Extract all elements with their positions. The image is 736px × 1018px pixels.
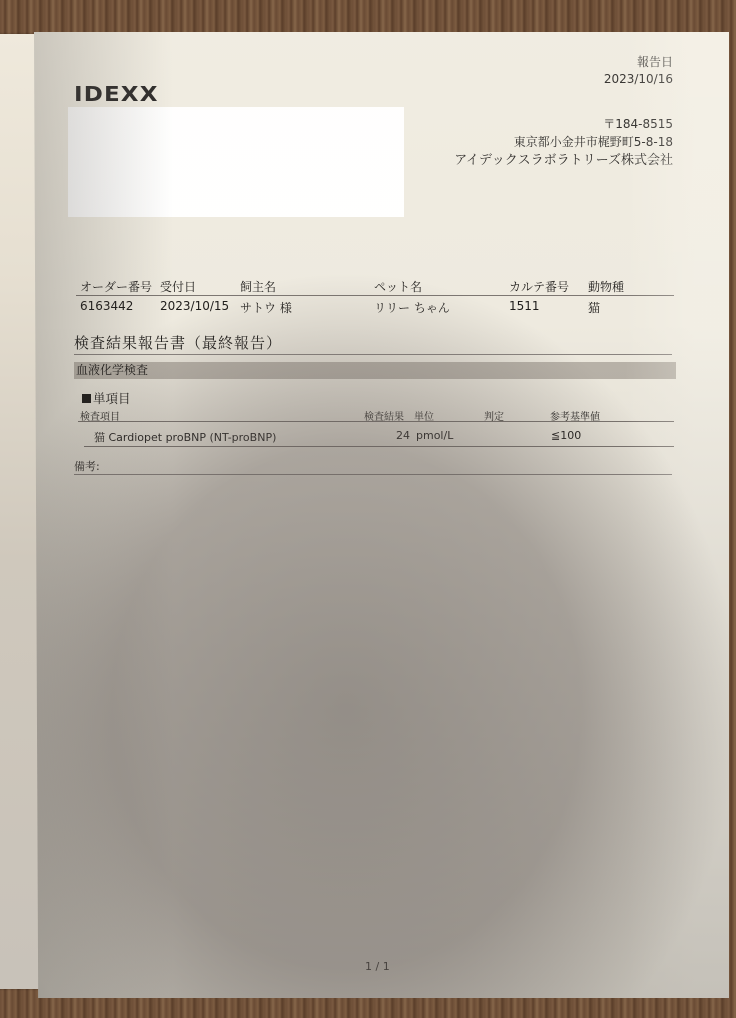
order-info-row: 6163442 2023/10/15 サトウ 様 リリー ちゃん 1511 猫 bbox=[76, 296, 674, 316]
test-item: 猫 Cardiopet proBNP (NT-proBNP) bbox=[94, 429, 276, 445]
header-result: 検査結果 bbox=[364, 408, 404, 423]
results-header: 検査項目 検査結果 単位 判定 参考基準値 bbox=[78, 407, 674, 422]
owner-name: サトウ 様 bbox=[240, 299, 292, 316]
results-table: 検査項目 検査結果 単位 判定 参考基準値 猫 Cardiopet proBNP… bbox=[78, 407, 674, 447]
test-unit: pmol/L bbox=[416, 429, 453, 442]
test-result: 24 bbox=[396, 429, 410, 442]
order-info-table: オーダー番号 受付日 飼主名 ペット名 カルテ番号 動物種 6163442 20… bbox=[76, 275, 674, 316]
company-name: アイデックスラボラトリーズ株式会社 bbox=[454, 151, 673, 171]
header-received-date: 受付日 bbox=[160, 278, 196, 295]
header-owner-name: 飼主名 bbox=[240, 278, 276, 295]
pet-name: リリー ちゃん bbox=[374, 299, 450, 316]
idexx-logo: IDEXX bbox=[74, 82, 159, 106]
section-title: 血液化学検査 bbox=[74, 362, 676, 379]
header-test-item: 検査項目 bbox=[80, 408, 120, 423]
report-date-label: 報告日 bbox=[604, 54, 673, 71]
subsection-title: 単項目 bbox=[93, 391, 131, 406]
header-chart-number: カルテ番号 bbox=[509, 278, 569, 295]
order-number: 6163442 bbox=[80, 299, 133, 313]
table-row: 猫 Cardiopet proBNP (NT-proBNP) 24 pmol/L… bbox=[84, 422, 674, 447]
header-order-number: オーダー番号 bbox=[80, 278, 152, 295]
subsection-heading: 単項目 bbox=[82, 389, 131, 407]
test-reference-range: ≦100 bbox=[551, 429, 581, 442]
header-species: 動物種 bbox=[588, 278, 624, 295]
species: 猫 bbox=[588, 299, 600, 316]
postal-code: 〒184-8515 bbox=[454, 115, 673, 133]
header-unit: 単位 bbox=[414, 408, 434, 423]
remarks-label: 備考: bbox=[74, 458, 672, 475]
order-info-header: オーダー番号 受付日 飼主名 ペット名 カルテ番号 動物種 bbox=[76, 275, 674, 296]
header-judgement: 判定 bbox=[484, 408, 504, 423]
page-number: 1 / 1 bbox=[365, 960, 390, 973]
report-sheet: IDEXX 報告日 2023/10/16 〒184-8515 東京都小金井市梶野… bbox=[34, 32, 729, 998]
received-date: 2023/10/15 bbox=[160, 299, 229, 313]
square-bullet-icon bbox=[82, 394, 91, 403]
report-date: 2023/10/16 bbox=[604, 71, 673, 88]
lab-address-block: 〒184-8515 東京都小金井市梶野町5-8-18 アイデックスラボラトリーズ… bbox=[454, 115, 673, 171]
report-title: 検査結果報告書（最終報告） bbox=[74, 332, 672, 355]
redacted-recipient-block bbox=[68, 107, 404, 217]
address: 東京都小金井市梶野町5-8-18 bbox=[454, 133, 673, 151]
report-date-block: 報告日 2023/10/16 bbox=[604, 54, 673, 88]
header-reference-range: 参考基準値 bbox=[550, 408, 600, 423]
header-pet-name: ペット名 bbox=[374, 278, 422, 295]
chart-number: 1511 bbox=[509, 299, 540, 313]
adjacent-page bbox=[0, 34, 40, 989]
